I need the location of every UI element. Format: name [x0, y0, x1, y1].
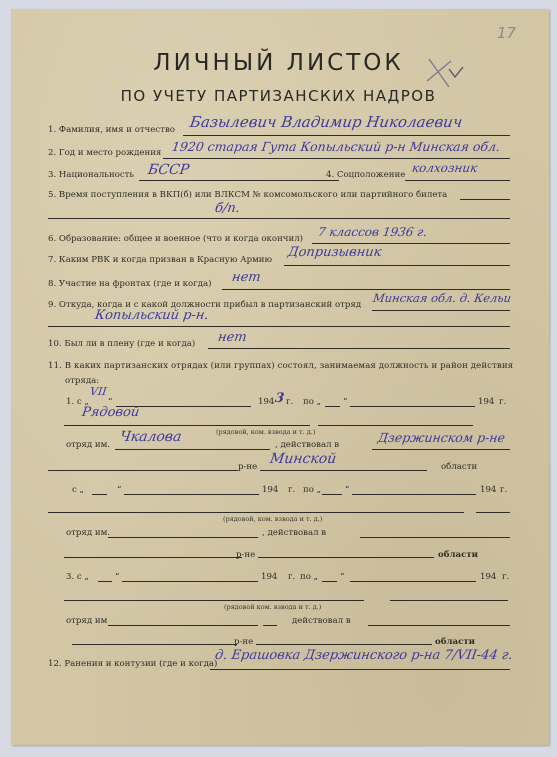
field-6-value: 7 классов 1936 г. — [317, 225, 428, 239]
field-11-label: 11. В каких партизанских отрядах (или гр… — [48, 361, 513, 371]
entry-2-from-prefix: с „ — [72, 485, 84, 495]
entry-1-unit-line — [115, 449, 270, 450]
entry-2-g1: г. — [288, 485, 295, 495]
field-1-value: Базылевич Владимир Николаевич — [189, 113, 464, 131]
field-9-line-a — [372, 310, 510, 311]
entry-2-from-line — [124, 494, 259, 495]
field-8-label: 8. Участие на фронтах (где и когда) — [48, 279, 211, 289]
entry-3-region-line — [256, 644, 432, 645]
field-6-label: 6. Образование: общее и военное (что и к… — [48, 234, 303, 244]
entry-2-from-day-line — [92, 494, 107, 495]
field-7-line — [284, 265, 510, 266]
entry-1-g1: г. — [286, 397, 293, 407]
entry-1-position-caption: (рядовой, ком. взвода и т. д.) — [216, 428, 315, 436]
field-4-label: 4. Соцположение — [326, 170, 405, 180]
entry-2-from-year: 194 — [262, 485, 278, 495]
entry-3-from-year: 194 — [261, 572, 277, 582]
entry-3-position-line-b — [390, 600, 508, 601]
entry-3-oblast-label: области — [435, 637, 475, 647]
entry-3-unit-label: отряд им — [66, 616, 107, 626]
entry-1-area: Дзержинском р-не — [377, 430, 506, 445]
field-9-value-line2: Копыльский р-н. — [94, 308, 210, 323]
field-5-label: 5. Время поступления в ВКП(б) или ВЛКСМ … — [48, 190, 447, 200]
entry-3-to-line — [350, 581, 476, 582]
field-12-label: 12. Ранения и контузии (где и когда) — [48, 659, 217, 669]
field-3-label: 3. Национальность — [48, 170, 134, 180]
entry-3-to-year: 194 — [480, 572, 496, 582]
entry-3-quote: “ — [115, 572, 119, 582]
entry-2-position-line-b — [476, 512, 510, 513]
entry-2-oblast-label: области — [438, 550, 478, 560]
entry-3-unit-line — [108, 625, 258, 626]
field-2-label: 2. Год и место рождения — [48, 148, 161, 158]
entry-1-from-year: 194 — [258, 397, 274, 407]
field-9-line-b — [48, 326, 510, 327]
entry-1-g2: г. — [499, 397, 506, 407]
entry-3-to-day-line — [322, 581, 337, 582]
entry-3-to-quote: “ — [340, 572, 344, 582]
field-10-value: нет — [217, 330, 248, 345]
entry-1-raion-label: р-не — [238, 462, 257, 472]
entry-2-raion-line — [64, 557, 242, 558]
entry-1-unit-label: отряд им. — [66, 440, 110, 450]
entry-1-raion-line — [48, 470, 238, 471]
entry-2-acted-label: , действовал в — [262, 528, 326, 538]
entry-3-acted-label: действовал в — [292, 616, 351, 626]
entry-1-to-line — [350, 406, 475, 407]
entry-2-to-day-line — [322, 494, 342, 495]
entry-2-region-line — [258, 557, 434, 558]
field-3-line — [139, 180, 339, 181]
entry-3-from-day-line — [98, 581, 112, 582]
entry-3-area-line — [368, 625, 510, 626]
document-subtitle: ПО УЧЕТУ ПАРТИЗАНСКИХ НАДРОВ — [0, 87, 557, 105]
entry-3-position-caption: (рядовой ком. взвода и т. д.) — [224, 603, 321, 611]
entry-1-to-year: 194 — [478, 397, 494, 407]
entry-3-from-line — [122, 581, 258, 582]
field-1-label: 1. Фамилия, имя и отчество — [48, 125, 175, 135]
entry-3-raion-label: р-не — [234, 637, 253, 647]
entry-1-position-line-a — [64, 425, 310, 426]
entry-3-g2: г. — [502, 572, 509, 582]
entry-2-g2: г. — [500, 485, 507, 495]
entry-3-position-line-a — [64, 600, 364, 601]
entry-2-position-caption: (рядовой, ком. взвода и т. д.) — [223, 515, 322, 523]
field-1-line — [183, 135, 510, 136]
field-7-label: 7. Каким РВК и когда призван в Красную А… — [48, 255, 272, 265]
entry-3-po: по „ — [300, 572, 318, 582]
entry-1-region-line — [260, 470, 427, 471]
entry-2-position-line-a — [48, 512, 464, 513]
entry-1-oblast-label: области — [441, 462, 477, 472]
entry-1-acted-label: , действовал в — [275, 440, 339, 450]
field-9-value-line1: Минская обл. д. Кельи — [372, 291, 512, 305]
field-10-line — [208, 348, 510, 349]
entry-1-position-line-b — [318, 425, 473, 426]
entry-1-to-quote: “ — [343, 397, 347, 407]
field-12-line — [210, 669, 510, 670]
field-5-value: б/п. — [214, 201, 241, 216]
field-4-value: колхозник — [411, 161, 478, 175]
entry-2-to-line — [352, 494, 476, 495]
entry-1-region: Минской — [269, 451, 337, 467]
entry-1-unit: Чкалова — [119, 429, 183, 445]
entry-3-g1: г. — [288, 572, 295, 582]
entry-3-raion-line — [72, 644, 237, 645]
entry-1-po: по „ — [303, 397, 321, 407]
entry-1-position: Рядовой — [81, 405, 140, 420]
field-7-value: Допризывник — [287, 245, 383, 260]
field-2-value: 1920 старая Гута Копыльский р-н Минская … — [171, 139, 501, 154]
entry-1-area-line — [372, 449, 510, 450]
field-2-line — [163, 158, 510, 159]
field-4-line — [405, 180, 510, 181]
entry-1-from-day: VII — [89, 385, 107, 398]
entry-3-unit-line-b — [263, 625, 277, 626]
entry-2-quote: “ — [117, 485, 121, 495]
field-3-value: БССР — [147, 162, 190, 178]
entry-2-po: по „ — [303, 485, 321, 495]
entry-2-to-quote: “ — [345, 485, 349, 495]
entry-2-unit-line — [108, 537, 258, 538]
entry-2-raion-label: р-не — [236, 550, 255, 560]
entry-2-area-line — [360, 537, 510, 538]
field-6-line — [312, 243, 510, 244]
entry-1-to-day-line — [325, 406, 340, 407]
document-title: ЛИЧНЫЙ ЛИСТОК — [0, 50, 557, 76]
field-5-line-b — [48, 218, 510, 219]
field-8-value: нет — [231, 270, 262, 285]
field-8-line — [222, 289, 510, 290]
entry-2-unit-label: отряд им. — [66, 528, 110, 538]
entry-2-to-year: 194 — [480, 485, 496, 495]
field-5-line-a — [460, 199, 510, 200]
entry-3-from-prefix: 3. с „ — [66, 572, 89, 582]
page-number: 17 — [497, 24, 516, 42]
field-12-value: д. Ерашовка Дзержинского р-на 7/VII-44 г… — [214, 648, 514, 663]
field-10-label: 10. Был ли в плену (где и когда) — [48, 339, 195, 349]
